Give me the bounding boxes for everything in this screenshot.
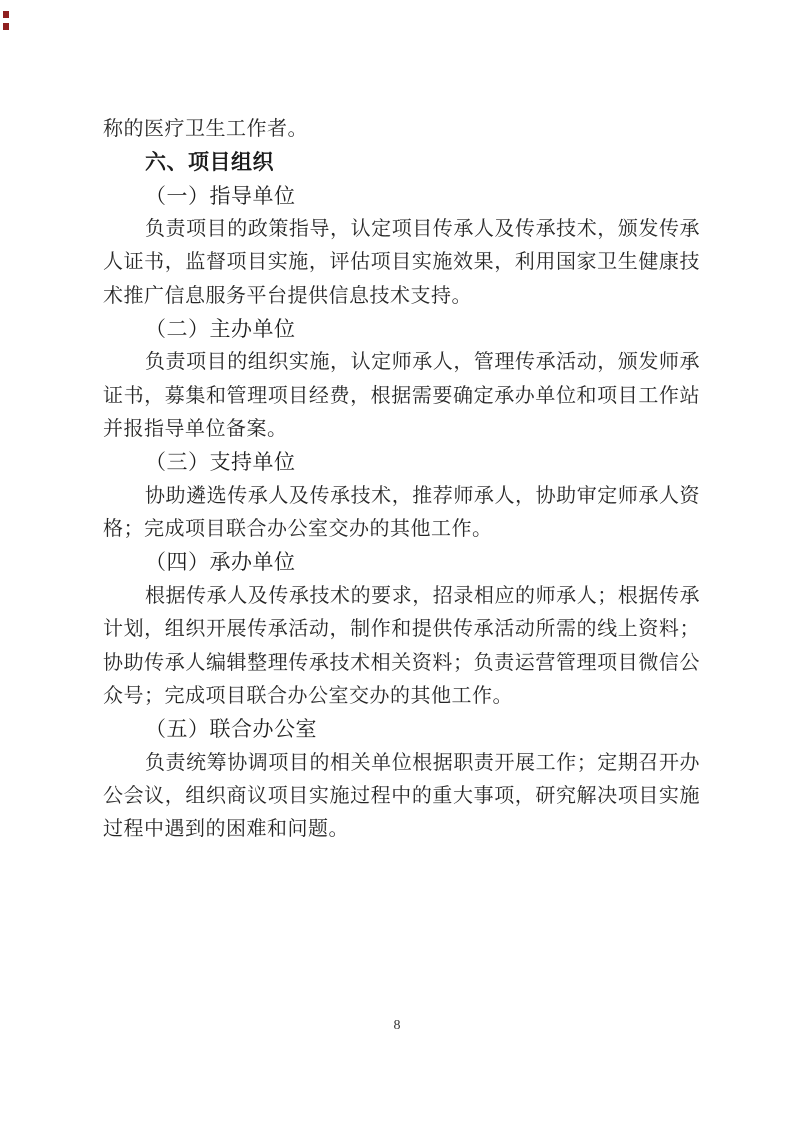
paragraph-line: 人证书，监督项目实施，评估项目实施效果，利用国家卫生健康技 bbox=[103, 246, 700, 279]
red-corner-mark bbox=[3, 11, 9, 18]
section-heading: （五）联合办公室 bbox=[103, 713, 700, 746]
paragraph-line: 并报指导单位备案。 bbox=[103, 413, 700, 446]
paragraph-line: 格；完成项目联合办公室交办的其他工作。 bbox=[103, 513, 700, 546]
paragraph-line: 术推广信息服务平台提供信息技术支持。 bbox=[103, 280, 700, 313]
paragraph-line: 负责统筹协调项目的相关单位根据职责开展工作；定期召开办 bbox=[103, 747, 700, 780]
paragraph-line: 协助遴选传承人及传承技术，推荐师承人，协助审定师承人资 bbox=[103, 480, 700, 513]
red-corner-mark bbox=[3, 23, 9, 30]
document-body: 称的医疗卫生工作者。 六、项目组织 （一）指导单位负责项目的政策指导，认定项目传… bbox=[103, 113, 700, 847]
sections-container: （一）指导单位负责项目的政策指导，认定项目传承人及传承技术，颁发传承人证书，监督… bbox=[103, 180, 700, 847]
intro-line: 称的医疗卫生工作者。 bbox=[103, 113, 700, 146]
paragraph-line: 负责项目的政策指导，认定项目传承人及传承技术，颁发传承 bbox=[103, 213, 700, 246]
paragraph-line: 负责项目的组织实施，认定师承人，管理传承活动，颁发师承 bbox=[103, 346, 700, 379]
paragraph-line: 过程中遇到的困难和问题。 bbox=[103, 813, 700, 846]
paragraph-line: 众号；完成项目联合办公室交办的其他工作。 bbox=[103, 680, 700, 713]
chapter-heading: 六、项目组织 bbox=[103, 146, 700, 179]
section-heading: （四）承办单位 bbox=[103, 546, 700, 579]
section-heading: （二）主办单位 bbox=[103, 313, 700, 346]
paragraph-line: 计划，组织开展传承活动，制作和提供传承活动所需的线上资料； bbox=[103, 613, 700, 646]
page-number: 8 bbox=[0, 1018, 794, 1034]
paragraph-line: 公会议，组织商议项目实施过程中的重大事项，研究解决项目实施 bbox=[103, 780, 700, 813]
section-heading: （一）指导单位 bbox=[103, 180, 700, 213]
document-page: 称的医疗卫生工作者。 六、项目组织 （一）指导单位负责项目的政策指导，认定项目传… bbox=[0, 0, 794, 1123]
paragraph-line: 协助传承人编辑整理传承技术相关资料；负责运营管理项目微信公 bbox=[103, 647, 700, 680]
paragraph-line: 根据传承人及传承技术的要求，招录相应的师承人；根据传承 bbox=[103, 580, 700, 613]
section-heading: （三）支持单位 bbox=[103, 446, 700, 479]
paragraph-line: 证书，募集和管理项目经费，根据需要确定承办单位和项目工作站 bbox=[103, 380, 700, 413]
